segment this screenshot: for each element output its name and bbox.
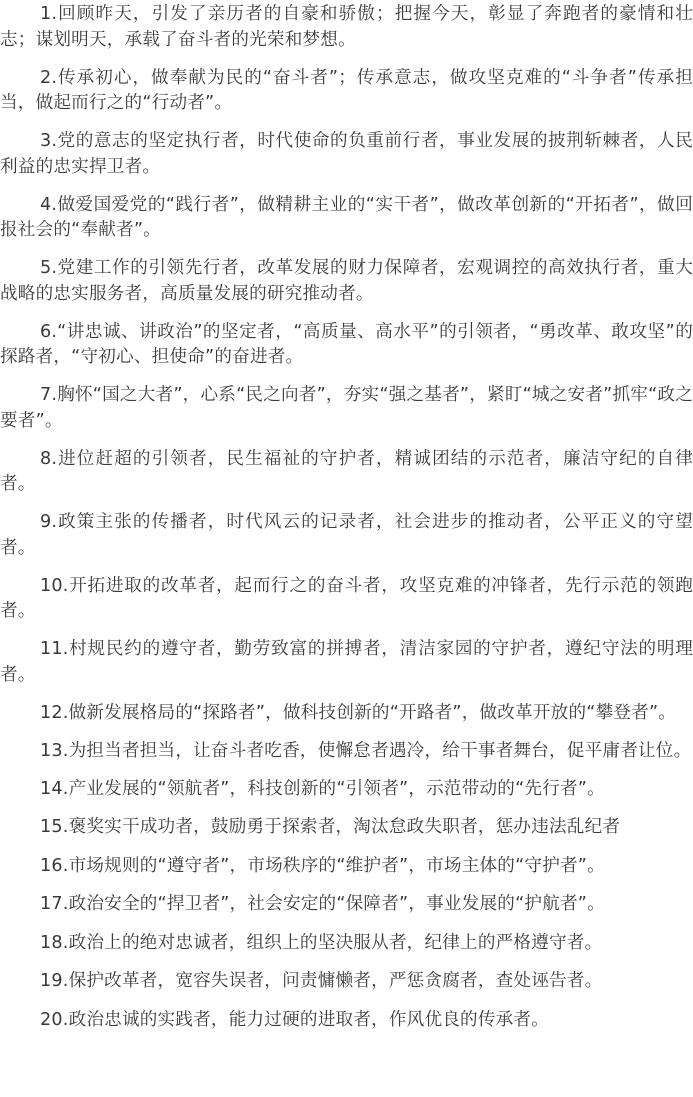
paragraph-10: 10.开拓进取的改革者，起而行之的奋斗者，攻坚克难的冲锋者，先行示范的领跑者。 (0, 574, 693, 625)
paragraph-15: 15.褒奖实干成功者，鼓励勇于探索者，淘汰怠政失职者，惩办违法乱纪者 (0, 815, 693, 841)
paragraph-18: 18.政治上的绝对忠诚者，组织上的坚决服从者，纪律上的严格遵守者。 (0, 931, 693, 957)
paragraph-19: 19.保护改革者，宽容失误者，问责慵懒者，严惩贪腐者，查处诬告者。 (0, 969, 693, 995)
paragraph-3: 3.党的意志的坚定执行者，时代使命的负重前行者，事业发展的披荆斩棘者，人民利益的… (0, 129, 693, 180)
paragraph-5: 5.党建工作的引领先行者，改革发展的财力保障者，宏观调控的高效执行者，重大战略的… (0, 256, 693, 307)
paragraph-6: 6.“讲忠诚、讲政治”的坚定者，“高质量、高水平”的引领者，“勇改革、敢攻坚”的… (0, 320, 693, 371)
paragraph-2: 2.传承初心，做奉献为民的“奋斗者”；传承意志，做攻坚克难的“斗争者”传承担当，… (0, 66, 693, 117)
paragraph-7: 7.胸怀“国之大者”，心系“民之向者”，夯实“强之基者”，紧盯“城之安者”抓牢“… (0, 383, 693, 434)
paragraph-13: 13.为担当者担当，让奋斗者吃香，使懈怠者遇冷，给干事者舞台，促平庸者让位。 (0, 739, 693, 765)
paragraph-11: 11.村规民约的遵守者，勤劳致富的拼搏者，清洁家园的守护者，遵纪守法的明理者。 (0, 637, 693, 688)
paragraph-17: 17.政治安全的“捍卫者”，社会安定的“保障者”，事业发展的“护航者”。 (0, 892, 693, 918)
paragraph-4: 4.做爱国爱党的“践行者”，做精耕主业的“实干者”，做改革创新的“开拓者”，做回… (0, 193, 693, 244)
paragraph-8: 8.进位赶超的引领者，民生福祉的守护者，精诚团结的示范者，廉洁守纪的自律者。 (0, 447, 693, 498)
paragraph-14: 14.产业发展的“领航者”，科技创新的“引领者”，示范带动的“先行者”。 (0, 777, 693, 803)
document-body: 1.回顾昨天，引发了亲历者的自豪和骄傲；把握今天，彰显了奔跑者的豪情和壮志；谋划… (0, 0, 693, 1033)
paragraph-9: 9.政策主张的传播者，时代风云的记录者，社会进步的推动者，公平正义的守望者。 (0, 510, 693, 561)
paragraph-1: 1.回顾昨天，引发了亲历者的自豪和骄傲；把握今天，彰显了奔跑者的豪情和壮志；谋划… (0, 2, 693, 53)
paragraph-16: 16.市场规则的“遵守者”，市场秩序的“维护者”，市场主体的“守护者”。 (0, 854, 693, 880)
paragraph-20: 20.政治忠诚的实践者，能力过硬的进取者，作风优良的传承者。 (0, 1008, 693, 1034)
paragraph-12: 12.做新发展格局的“探路者”，做科技创新的“开路者”，做改革开放的“攀登者”。 (0, 701, 693, 727)
